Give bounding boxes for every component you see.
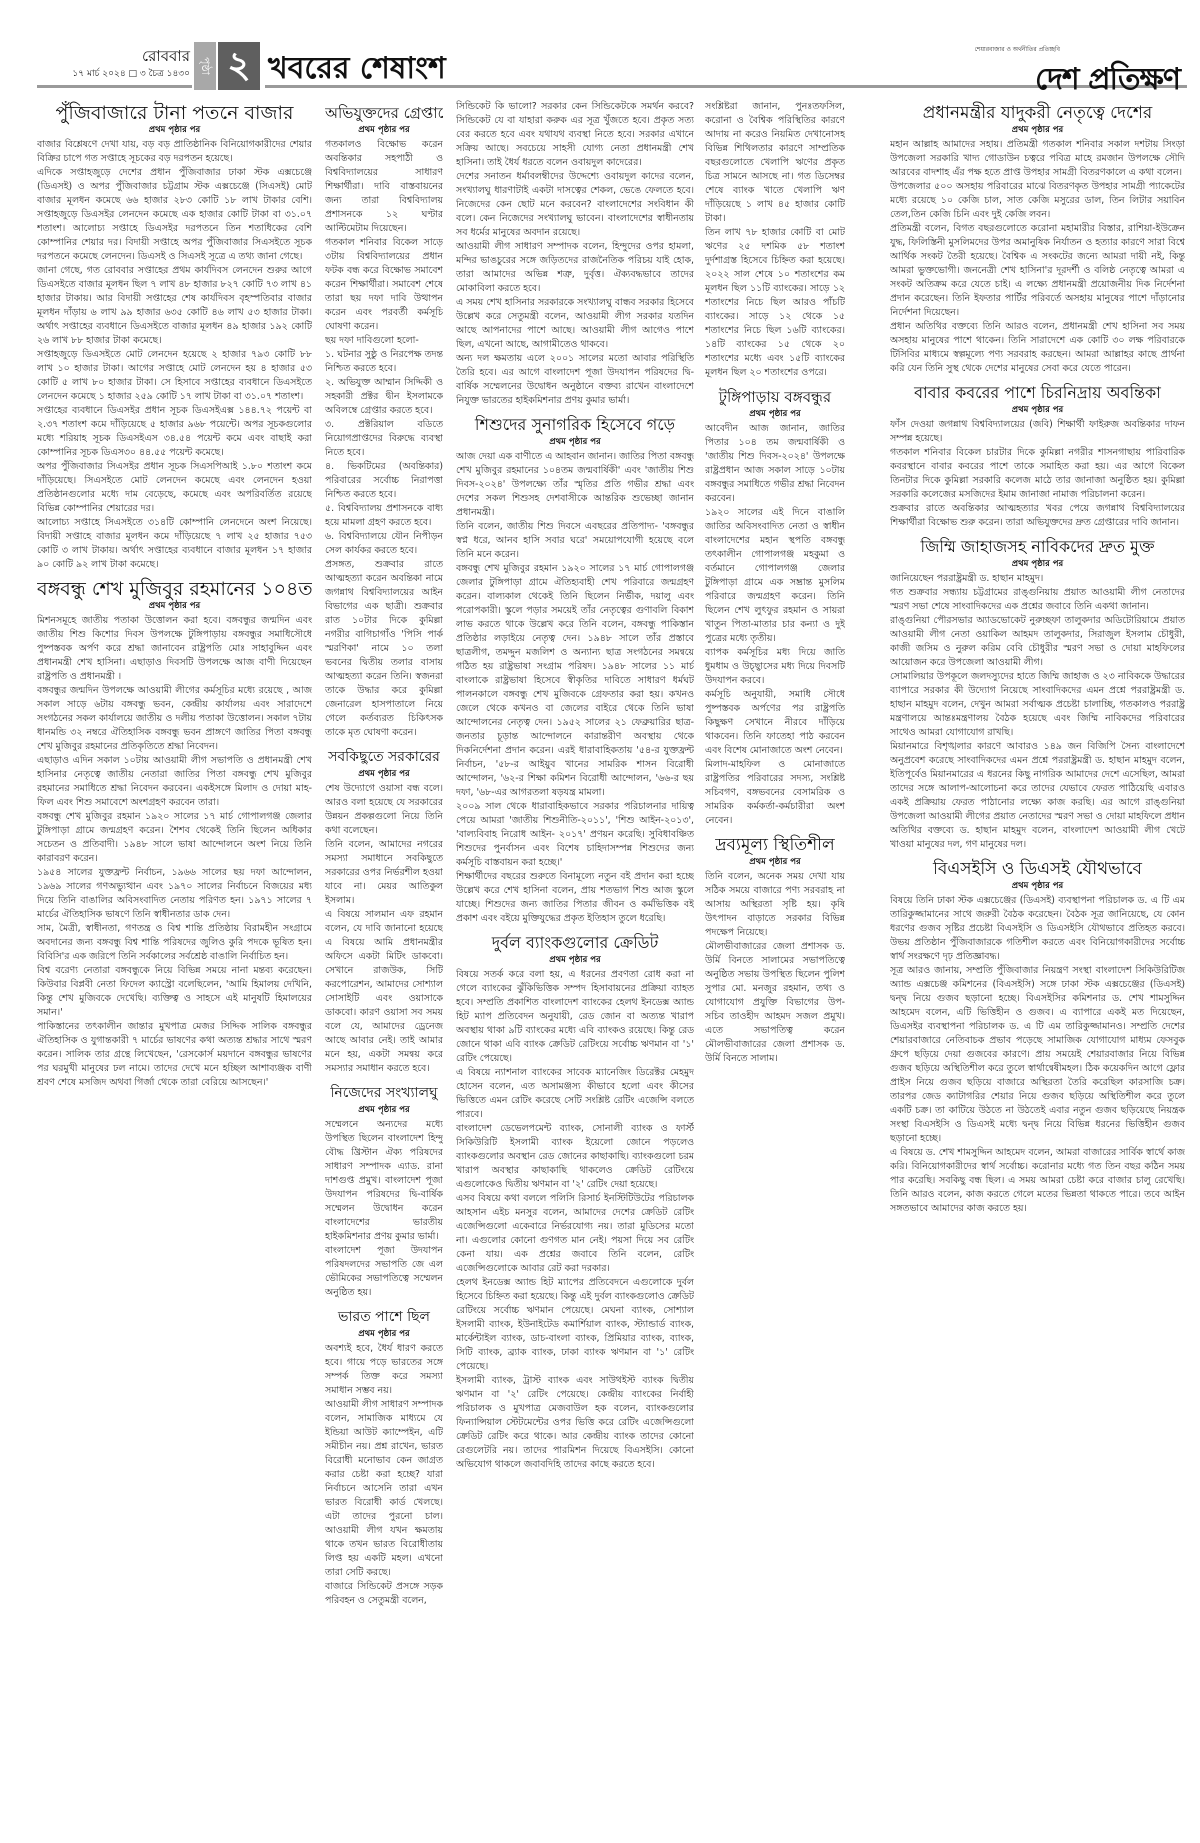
paragraph: সপ্তাহজুড়ে ডিএসইতে মোট লেনদেন হয়েছে ২ …: [37, 348, 312, 404]
paragraph: এ সময় শেখ হাসিনার সরকারকে সংখ্যালঘু বান…: [456, 296, 694, 352]
paragraph: ৩. প্রক্টরিয়াল বডিতে নিয়োগপ্রাপ্তদের ব…: [325, 418, 443, 460]
column-left: পুঁজিবাজারে টানা পতনে বাজার প্রথম পৃষ্ঠা…: [37, 100, 312, 1735]
paragraph: বিষয়ে তিনি ঢাকা স্টক এক্সচেঞ্জের (ডিএসই…: [890, 894, 1185, 964]
continued-label: প্রথম পৃষ্ঠার পর: [456, 436, 694, 448]
paragraph: সাম, মৈত্রী, স্বাধীনতা, গণতন্ত্র ও বিশ্ব…: [37, 922, 312, 964]
paragraph: মহান আল্লাহ আমাদের সহায়। প্রতিমন্ত্রী গ…: [890, 138, 1185, 180]
continued-label: প্রথম পৃষ্ঠার পর: [37, 600, 312, 612]
paragraph: ছয় দফা দাবিগুলো হলো-: [325, 334, 443, 348]
paragraph: জানিয়েছেন পররাষ্ট্রমন্ত্রী ড. হাছান মাহ…: [890, 572, 1185, 586]
story-stock-market: পুঁজিবাজারে টানা পতনে বাজার প্রথম পৃষ্ঠা…: [37, 102, 312, 572]
paragraph: মৌলভীবাজারের জেলা প্রশাসক ড. উর্মি বিনতে…: [705, 940, 845, 1066]
paragraph: গতকাল শনিবার বিকেল চারটার দিকে কুমিল্লা …: [890, 446, 1185, 502]
page-number: ২: [218, 42, 260, 90]
column-center: সিন্ডিকেট কি ভালো? সরকার কেন সিন্ডিকেটকে…: [456, 100, 694, 1735]
paragraph: সিন্ডিকেট কি ভালো? সরকার কেন সিন্ডিকেটকে…: [456, 100, 694, 170]
paragraph: ব্যাপক কর্মসূচির মধ্য দিয়ে জাতি ধুমধাম …: [705, 646, 845, 688]
paragraph: এ বিষয়ে ন্যাশনাল ব্যাংকের সাবেক ম্যানেজ…: [456, 1066, 694, 1122]
paragraph: আজ দেয়া এক বাণীতে এ আহবান জানান। জাতির …: [456, 450, 694, 520]
paragraph: আওয়ামী লীগ সাধারণ সম্পাদক বলেন, সামাজিক…: [325, 1398, 443, 1580]
brand-name: দেশ প্রতিক্ষণ: [1035, 62, 1180, 97]
story-weak-banks: দুর্বল ব্যাংকগুলোর ক্রেডিট প্রথম পৃষ্ঠার…: [456, 932, 694, 1472]
headline: টুঙ্গিপাড়ায় বঙ্গবন্ধুর: [705, 386, 845, 408]
paragraph: উপজেলার ৫০০ অসহায় পরিবারের মাঝে বিতরণকৃ…: [890, 180, 1185, 222]
continued-label: প্রথম পৃষ্ঠার পর: [37, 124, 312, 136]
headline: অভিযুক্তদের গ্রেপ্তারে: [325, 102, 443, 124]
headline: বিএসইসি ও ডিএসই যৌথভাবে: [890, 858, 1185, 880]
column-2: অভিযুক্তদের গ্রেপ্তারে প্রথম পৃষ্ঠার পর …: [325, 100, 443, 1735]
story-bsec-dse: বিএসইসি ও ডিএসই যৌথভাবে প্রথম পৃষ্ঠার পর…: [890, 858, 1185, 1216]
paragraph: পাকিস্তানের তৎকালীন জান্তার মুখপাত্র মেজ…: [37, 1020, 312, 1090]
paragraph: সম্মেলনে অন্যদের মধ্যে উপস্থিত ছিলেন বাং…: [325, 1118, 443, 1244]
paragraph: সপ্তাহের ব্যবধানে ডিএসইর প্রধান সূচক ডিএ…: [37, 404, 312, 460]
paragraph: বাংলাদেশ পূজা উদযাপন পরিষদলদের সভাপতি জে…: [325, 1244, 443, 1300]
paragraph: এদিকে সপ্তাহজুড়ে দেশের প্রধান পুঁজিবাজা…: [37, 166, 312, 264]
continued-label: প্রথম পৃষ্ঠার পর: [890, 880, 1185, 892]
continued-label: প্রথম পৃষ্ঠার পর: [890, 558, 1185, 570]
paragraph: আওয়ামী লীগ সাধারণ সম্পাদক বলেন, হিন্দুদ…: [456, 240, 694, 296]
paragraph: প্রধান অতিথির বক্তব্যে তিনি আরও বলেন, প্…: [890, 320, 1185, 376]
paragraph: গতকালও বিক্ষোভ করেন অবন্তিকার সহপাঠী ও ব…: [325, 138, 443, 236]
continued-label: প্রথম পৃষ্ঠার পর: [325, 1328, 443, 1340]
continued-label: প্রথম পৃষ্ঠার পর: [325, 1104, 443, 1116]
headline: পুঁজিবাজারে টানা পতনে বাজার: [37, 102, 312, 124]
paragraph: মিলাদ-মাহফিল ও মোনাজাতে রাষ্ট্রপতির পরিব…: [705, 758, 845, 828]
paragraph: সংশ্লিষ্টরা জানান, পুনঃতফসিল, করোনা ও বৈ…: [705, 100, 845, 226]
paragraph: অবশ্যই হবে, ধৈর্য ধারণ করতে হবে। গায়ে প…: [325, 1342, 443, 1398]
continued-label: প্রথম পৃষ্ঠার পর: [890, 404, 1185, 416]
continued-label: প্রথম পৃষ্ঠার পর: [325, 124, 443, 136]
paragraph: তিনি বলেন, অনেক সময় দেখা যায় সঠিক সময়…: [705, 870, 845, 940]
paragraph: এ বিষয়ে ড. শেখ শামসুদ্দিন আহমেদ বলেন, আ…: [890, 1146, 1185, 1216]
paragraph: মিয়ানমারে বিশৃঙ্খলার কারণে আবারও ১৪৯ জন…: [890, 740, 1185, 852]
paragraph: ২. অভিযুক্ত আম্মান সিদ্দিকী ও সহকারী প্র…: [325, 376, 443, 418]
headline: দুর্বল ব্যাংকগুলোর ক্রেডিট: [456, 932, 694, 954]
story-bangabandhu-104: বঙ্গবন্ধু শেখ মুজিবুর রহমানের ১০৪তম প্রথ…: [37, 578, 312, 1090]
story-tungipara: টুঙ্গিপাড়ায় বঙ্গবন্ধুর প্রথম পৃষ্ঠার প…: [705, 386, 845, 828]
continued-label: প্রথম পৃষ্ঠার পর: [890, 124, 1185, 136]
headline: নিজেদের সংখ্যালঘু: [325, 1082, 443, 1104]
brand-tagline: শেয়ারবাজার ও অর্থনীতির প্রতিচ্ছবি: [974, 44, 1060, 55]
headline: শিশুদের সুনাগরিক হিসেবে গড়ে: [456, 414, 694, 436]
paragraph: দেশের সনাতন ধর্মাবলম্বীদের উদ্দেশ্যে ওবা…: [456, 170, 694, 240]
continued-label: প্রথম পৃষ্ঠার পর: [705, 856, 845, 868]
paragraph: তিন লাখ ৭৮ হাজার কোটি বা মোট ঋণের ২৫ দশম…: [705, 226, 845, 380]
paragraph: ইসলামী ব্যাংক, ট্রাস্ট ব্যাংক এবং সাউথইস…: [456, 1374, 694, 1472]
paragraph: বিশ্ব বরেণ্য নেতারা বঙ্গবন্ধুকে নিয়ে বি…: [37, 964, 312, 1020]
headline: প্রধানমন্ত্রীর যাদুকরী নেতৃত্বে দেশের: [890, 102, 1185, 124]
story-pm-leadership: প্রধানমন্ত্রীর যাদুকরী নেতৃত্বে দেশের প্…: [890, 102, 1185, 376]
paragraph: বঙ্গবন্ধু শেখ মুজিবুর রহমান ১৯২০ সালের ১…: [37, 810, 312, 866]
headline: দ্রব্যমূল্য স্থিতিশীল: [705, 834, 845, 856]
paragraph: রাঙ্গুনিয়া পৌরসভার অ্যাডভোকেট নুরুচ্ছফা…: [890, 614, 1185, 670]
story-india-beside: ভারত পাশে ছিল প্রথম পৃষ্ঠার পর অবশ্যই হব…: [325, 1306, 443, 1608]
headline: বঙ্গবন্ধু শেখ মুজিবুর রহমানের ১০৪তম: [37, 578, 312, 600]
paragraph: বঙ্গবন্ধুর জন্মদিন উপলক্ষে আওয়ামী লীগের…: [37, 684, 312, 754]
paragraph: ফাঁস দেওয়া জগন্নাথ বিশ্ববিদ্যালয়ের (জব…: [890, 418, 1185, 446]
paragraph: মিশনসমূহে জাতীয় পতাকা উত্তোলন করা হবে। …: [37, 614, 312, 684]
headline: জিম্মি জাহাজসহ নাবিকদের দ্রুত মুক্ত: [890, 536, 1185, 558]
story-minority: নিজেদের সংখ্যালঘু প্রথম পৃষ্ঠার পর সম্মে…: [325, 1082, 443, 1300]
headline: ভারত পাশে ছিল: [325, 1306, 443, 1328]
paragraph: প্রতিমন্ত্রী বলেন, বিগত বছরগুলোতে করোনা …: [890, 222, 1185, 320]
headline: সবকিছুতে সরকারের: [325, 746, 443, 768]
continued-label: প্রথম পৃষ্ঠার পর: [325, 768, 443, 780]
paragraph: গতকাল শনিবার বিকেল সাড়ে ৩টায় বিশ্ববিদ্…: [325, 236, 443, 334]
paragraph: শিক্ষার্থীদের বছরের শুরুতে বিনামূল্যে নত…: [456, 870, 694, 926]
paragraph: বাংলাদেশ ডেভেলপমেন্ট ব্যাংক, সোনালী ব্যা…: [456, 1122, 694, 1192]
paragraph: ১. ঘটনার সুষ্ঠু ও নিরপেক্ষ তদন্ত নিশ্চিত…: [325, 348, 443, 376]
paragraph: আবেদীন আজ জানান, জাতির পিতার ১০৪ তম জন্ম…: [705, 422, 845, 506]
issue-date: ১৭ মার্চ ২০২৪ □ ৩ চৈত্র ১৪৩০: [72, 66, 190, 81]
paragraph: ১৯২০ সালের এই দিনে বাঙালি জাতির অবিসংবাদ…: [705, 506, 845, 646]
continued-label: প্রথম পৃষ্ঠার পর: [705, 408, 845, 420]
story-prices-stable: দ্রব্যমূল্য স্থিতিশীল প্রথম পৃষ্ঠার পর ত…: [705, 834, 845, 1066]
paragraph: এসব বিষয়ে কথা বললে পলিসি রিসার্চ ইনস্টি…: [456, 1192, 694, 1276]
story-fathers-grave: বাবার কবরের পাশে চিরনিদ্রায় অবন্তিকা প্…: [890, 382, 1185, 530]
story-capital-shortfall: সংশ্লিষ্টরা জানান, পুনঃতফসিল, করোনা ও বৈ…: [705, 100, 845, 380]
paragraph: কর্মসূচি অনুযায়ী, সমাধি সৌধে পুষ্পস্তবক…: [705, 688, 845, 758]
paragraph: ৫. বিশ্ববিদ্যালয় প্রশাসনকে বাধ্য হয়ে ম…: [325, 502, 443, 530]
story-hostage-ship: জিম্মি জাহাজসহ নাবিকদের দ্রুত মুক্ত প্রথ…: [890, 536, 1185, 852]
paragraph: সূত্র আরও জানায়, সম্প্রতি পুঁজিবাজার নি…: [890, 964, 1185, 1146]
masthead-rule-left: [37, 85, 192, 88]
story-syndicate: সিন্ডিকেট কি ভালো? সরকার কেন সিন্ডিকেটকে…: [456, 100, 694, 408]
paragraph: শুক্রবার রাতে অবন্তিকার আত্মহত্যার খবর প…: [890, 502, 1185, 530]
page-label: পৃষ্ঠা: [194, 42, 216, 90]
headline: বাবার কবরের পাশে চিরনিদ্রায় অবন্তিকা: [890, 382, 1185, 404]
paragraph: বাজার বিশ্লেষণে দেখা যায়, বড় বড় প্রাত…: [37, 138, 312, 166]
paragraph: ৪. ভিকটিমের (অবন্তিকার) পরিবারের সর্বোচ্…: [325, 460, 443, 502]
column-right: প্রধানমন্ত্রীর যাদুকরী নেতৃত্বে দেশের প্…: [890, 100, 1185, 1735]
paragraph: প্রসঙ্গত, শুক্রবার রাতে আত্মহত্যা করেন অ…: [325, 558, 443, 740]
paragraph: তিনি বলেন, জাতীয় শিশু দিবসে এবছরের প্রত…: [456, 520, 694, 562]
continued-label: প্রথম পৃষ্ঠার পর: [456, 954, 694, 966]
story-all-good-government: সবকিছুতে সরকারের প্রথম পৃষ্ঠার পর শেষ উদ…: [325, 746, 443, 1076]
paragraph: বিষয়ে সতর্ক করে বলা হয়, এ ধরনের প্রবণত…: [456, 968, 694, 1066]
paragraph: গত শুক্রবার সন্ধ্যায় চট্টগ্রামের রাঙ্গু…: [890, 586, 1185, 614]
masthead: রোববার ১৭ মার্চ ২০২৪ □ ৩ চৈত্র ১৪৩০ পৃষ্…: [0, 0, 1200, 90]
paragraph: ৬. বিশ্ববিদ্যালয়ে যৌন নিপীড়ন সেল কার্য…: [325, 530, 443, 558]
paragraph: অপর পুঁজিবাজার সিএসইর প্রধান সূচক সিএসপি…: [37, 460, 312, 516]
paragraph: অন্য দল ক্ষমতায় এলে ২০০১ সালের মতো আবার…: [456, 352, 694, 408]
paragraph: বঙ্গবন্ধু শেখ মুজিবুর রহমান ১৯২০ সালের ১…: [456, 562, 694, 800]
paragraph: ২০০৯ সাল থেকে ধারাবাহিকভাবে সরকার পরিচাল…: [456, 800, 694, 870]
paragraph: আলোচ্য সপ্তাহে সিএসইতে ৩১৪টি কোম্পানি লে…: [37, 516, 312, 572]
newspaper-logo: শেয়ারবাজার ও অর্থনীতির প্রতিচ্ছবি দেশ প…: [974, 44, 1180, 106]
paragraph: বাজারে সিন্ডিকেট প্রসঙ্গে সড়ক পরিবহন ও …: [325, 1580, 443, 1608]
paragraph: সোমালিয়ার উপকূলে জলদস্যুদের হাতে জিম্মি…: [890, 670, 1185, 740]
paragraph: এছাড়াও এদিন সকাল ১০টায় আওয়ামী লীগ সভা…: [37, 754, 312, 810]
column-4: সংশ্লিষ্টরা জানান, পুনঃতফসিল, করোনা ও বৈ…: [705, 100, 845, 1735]
story-children-citizens: শিশুদের সুনাগরিক হিসেবে গড়ে প্রথম পৃষ্ঠ…: [456, 414, 694, 926]
paragraph: হেলথ ইনডেক্স অ্যান্ড হিট ম্যাপের প্রতিবে…: [456, 1276, 694, 1374]
paragraph: তিনি বলেন, আমাদের নগরের সমস্যা সমাধানে স…: [325, 838, 443, 908]
paragraph: ১৯৫৪ সালের যুক্তফ্রন্ট নির্বাচন, ১৯৬৬ সা…: [37, 866, 312, 922]
paragraph: জানা গেছে, গত রোববার সপ্তাহের প্রথম কার্…: [37, 264, 312, 348]
paragraph: এ বিষয়ে সালমান এফ রহমান বলেন, যে দাবি জ…: [325, 908, 443, 1076]
paragraph: শেষ উদ্যোগে ওয়াসা বন্ধ বলে। আরও বলা হয়…: [325, 782, 443, 838]
story-arrest-accused: অভিযুক্তদের গ্রেপ্তারে প্রথম পৃষ্ঠার পর …: [325, 102, 443, 740]
